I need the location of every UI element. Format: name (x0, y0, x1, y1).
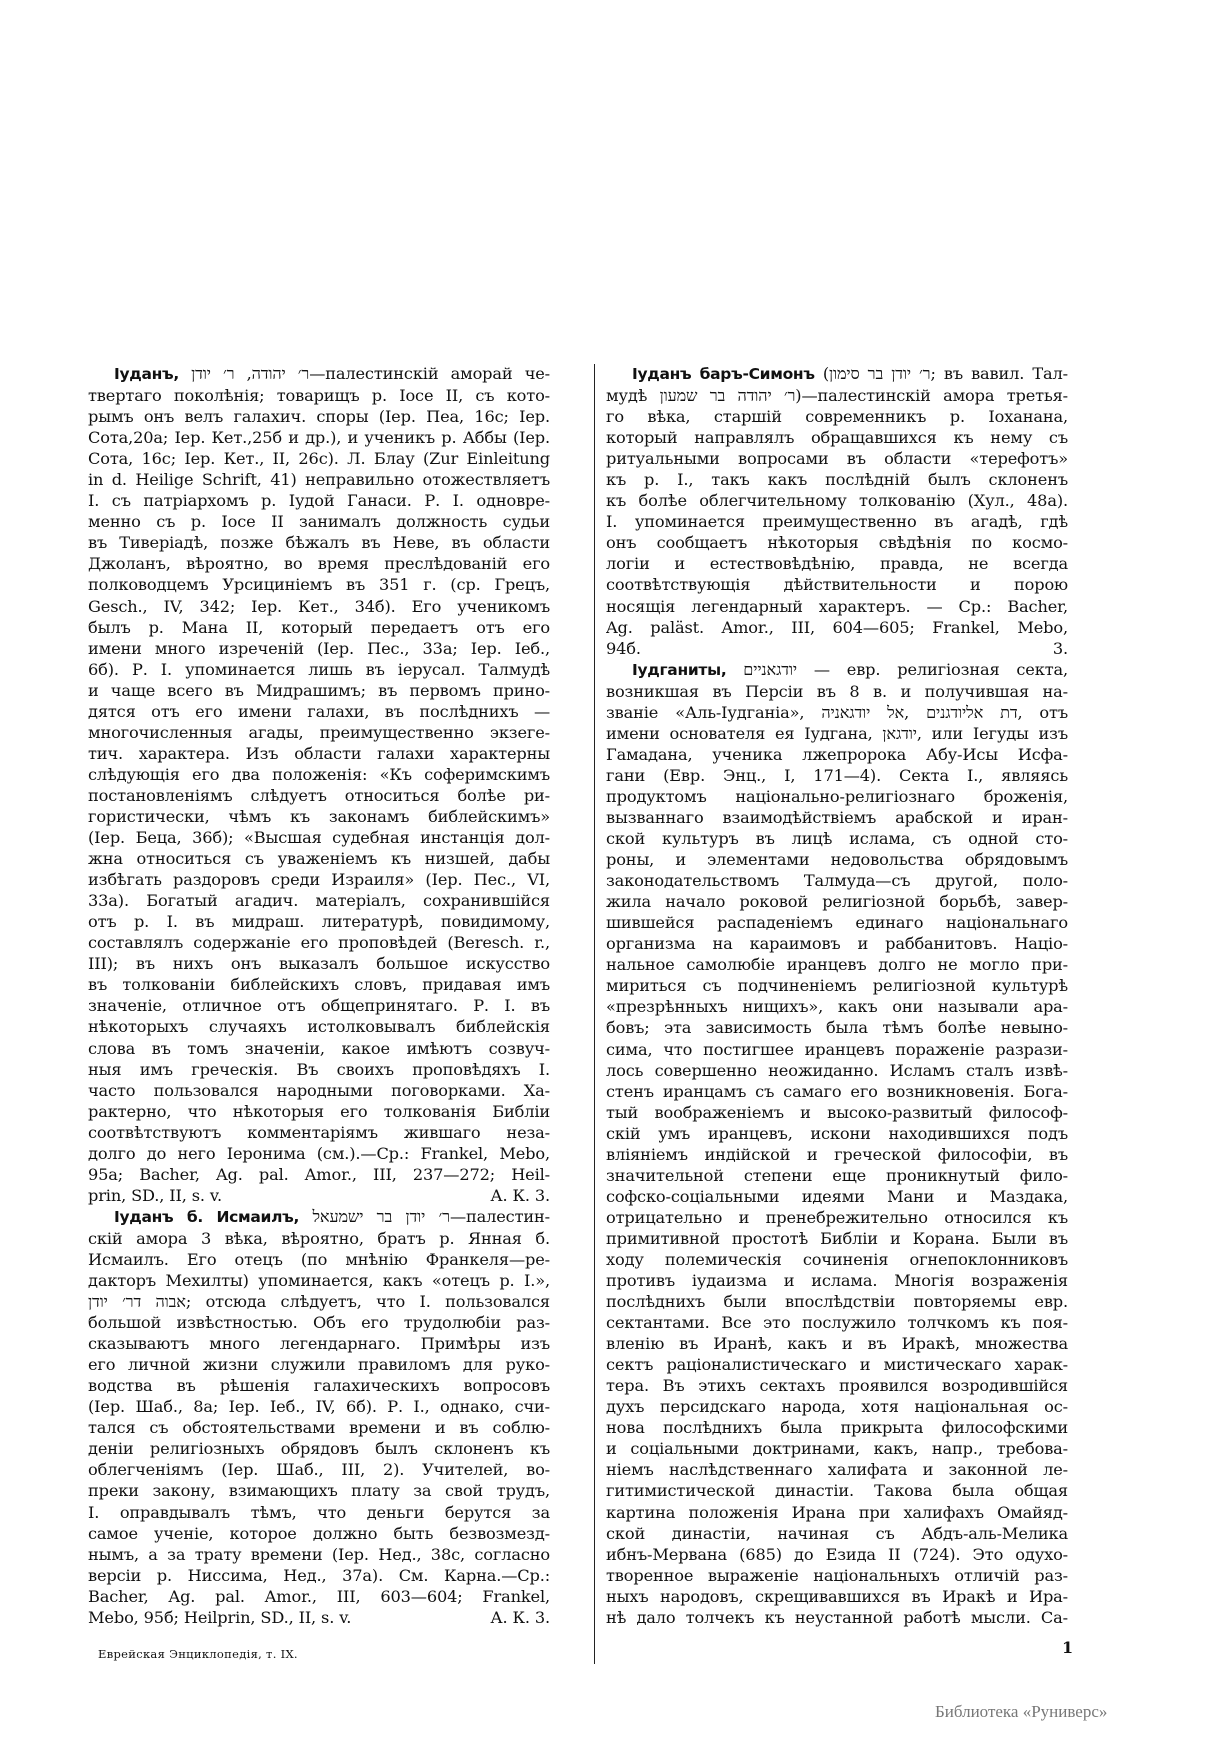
article-headword: Іуданъ баръ-Симонъ (632, 365, 815, 383)
line-text: III); въ нихъ онъ выказалъ большое искус… (88, 954, 550, 973)
line-text: облегченіямъ (Іер. Шаб., III, 2). Учител… (88, 1460, 550, 1479)
text-line: законодательствомъ Талмуда—съ другой, по… (606, 870, 1068, 891)
article-heading-line: Іудганиты, יודגאניים — евр. религіозная … (606, 659, 1068, 681)
text-line: III); въ нихъ онъ выказалъ большое искус… (88, 953, 550, 974)
line-text: ніемъ наслѣдственнаго халифата и законно… (606, 1460, 1068, 1479)
line-text: יודגאניים — евр. религіозная секта, (726, 660, 1068, 679)
line-text: многочисленныя агады, преимущественно эк… (88, 723, 550, 742)
text-line: соотвѣтствующія дѣйствительности и порою (606, 574, 1068, 595)
footer-volume-label: Еврейская Энциклопедія, т. IX. (98, 1647, 298, 1661)
text-line: гористически, чѣмъ къ законамъ библейски… (88, 806, 550, 827)
left-column: Іуданъ, ר׳ יהודה, ר׳ יודן—палестинскій а… (88, 363, 550, 1628)
line-text: дятся отъ его имени галахи, въ послѣдних… (88, 702, 550, 721)
line-text: организма на караимовъ и раббанитовъ. На… (606, 934, 1068, 953)
text-line: продуктомъ національно-религіознаго брож… (606, 786, 1068, 807)
line-text: ר׳ יהודה, ר׳ יודן—палестинскій аморай че… (179, 364, 550, 383)
text-line: І. оправдывалъ тѣмъ, что деньги берутся … (88, 1502, 550, 1523)
text-line: отъ р. І. въ мидраш. литературѣ, повидим… (88, 911, 550, 932)
line-text: гитимистической династіи. Такова была об… (606, 1481, 1068, 1500)
line-text: который направлялъ обращавшихся къ нему … (606, 428, 1068, 447)
line-text: го вѣка, старшій современникъ р. Іоханан… (606, 407, 1068, 426)
line-text: и чаще всего въ Мидрашимъ; въ первомъ пр… (88, 681, 550, 700)
line-text: носящія легендарный характеръ. — Ср.: Ba… (606, 597, 1068, 616)
text-line: (Іер. Шаб., 8а; Іер. Іеб., IV, 6б). Р. І… (88, 1396, 550, 1417)
line-text: Сота, 16с; Іер. Кет., II, 26с). Л. Блау … (88, 449, 550, 468)
text-line: скій умъ иранцевъ, искони находившихся п… (606, 1123, 1068, 1144)
line-text: къ р. І., такъ какъ послѣдній былъ склон… (606, 470, 1068, 489)
line-text: имени основателя ея Іудгана, יודגאן, или… (606, 724, 1068, 743)
text-line: Mebo, 95б; Heilprin, SD., II, s. v.А. К.… (88, 1607, 550, 1628)
text-line: роны, и элементами недовольства обрядовы… (606, 849, 1068, 870)
text-line: облегченіямъ (Іер. Шаб., III, 2). Учител… (88, 1459, 550, 1480)
text-line: стенъ иранцамъ съ самаго его возникновен… (606, 1081, 1068, 1102)
text-line: къ болѣе облегчительному толкованію (Хул… (606, 490, 1068, 511)
line-text: рымъ онъ велъ галахич. споры (Іер. Пеа, … (88, 407, 550, 426)
line-text: ской культуръ въ лицѣ ислама, съ одной с… (606, 829, 1068, 848)
line-text: составлялъ содержаніе его проповѣдей (Be… (88, 933, 550, 952)
text-line: который направлялъ обращавшихся къ нему … (606, 427, 1068, 448)
line-text: постановленіямъ слѣдуетъ относиться болѣ… (88, 786, 550, 805)
text-line: составлялъ содержаніе его проповѣдей (Be… (88, 932, 550, 953)
line-text: слова въ томъ значеніи, какое имѣютъ соз… (88, 1039, 550, 1058)
text-line: гитимистической династіи. Такова была об… (606, 1480, 1068, 1501)
line-text: Сота,20а; Іер. Кет.,25б и др.), и ученик… (88, 428, 550, 447)
line-text: мудѣ ר׳ יהודה בר שמעון)—палестинскій амо… (606, 386, 1068, 405)
text-line: Сота, 16с; Іер. Кет., II, 26с). Л. Блау … (88, 448, 550, 469)
text-line: возникшая въ Персіи въ 8 в. и получившая… (606, 681, 1068, 702)
line-text: сказываютъ много легендарнаго. Примѣры и… (88, 1334, 550, 1353)
line-text: «презрѣнныхъ нищихъ», какъ они называли … (606, 997, 1068, 1016)
text-line: Гамадана, ученика лжепророка Абу-Исы Исф… (606, 744, 1068, 765)
text-line: тера. Въ этихъ сектахъ проявился возроди… (606, 1375, 1068, 1396)
author-signature: 3. (1053, 638, 1068, 659)
text-line: къ р. І., такъ какъ послѣдній былъ склон… (606, 469, 1068, 490)
line-text: І. упоминается преимущественно въ агадѣ,… (606, 512, 1068, 531)
line-text: значеніе, отличное отъ общепринятаго. Р.… (88, 996, 550, 1015)
text-line: ныхъ народовъ, скрещивавшихся въ Иракѣ и… (606, 1586, 1068, 1607)
text-line: самое ученіе, которое должно быть безвоз… (88, 1523, 550, 1544)
line-text: сима, что постигшее иранцевъ пораженіе р… (606, 1040, 1068, 1059)
line-text: 94б. (606, 639, 641, 658)
encyclopedia-page: Іуданъ, ר׳ יהודה, ר׳ יודן—палестинскій а… (0, 0, 1210, 1760)
line-text: ской династіи, начиная съ Абдъ-аль-Мелик… (606, 1524, 1068, 1543)
text-line: имени основателя ея Іудгана, יודגאן, или… (606, 723, 1068, 744)
line-text: преки закону, взимающихъ плату за свой т… (88, 1481, 550, 1500)
text-line: организма на караимовъ и раббанитовъ. На… (606, 933, 1068, 954)
line-text: соотвѣтствуютъ комментаріямъ жившаго нез… (88, 1123, 550, 1142)
text-line: лось совершенно неожиданно. Исламъ сталъ… (606, 1060, 1068, 1081)
line-text: менно съ р. Іосе II занималъ должность с… (88, 512, 550, 531)
text-line: былъ р. Мана II, который передаетъ отъ е… (88, 617, 550, 638)
text-line: жила начало роковой религіозной борьбѣ, … (606, 891, 1068, 912)
line-text: лось совершенно неожиданно. Исламъ сталъ… (606, 1061, 1068, 1080)
line-text: шившейся распаденіемъ единаго національн… (606, 913, 1068, 932)
line-text: возникшая въ Персіи въ 8 в. и получившая… (606, 682, 1068, 701)
text-line: примитивной простотѣ Библіи и Корана. Бы… (606, 1228, 1068, 1249)
text-line: Исмаилъ. Его отецъ (по мнѣнію Франкеля—р… (88, 1249, 550, 1270)
line-text: гани (Евр. Энц., I, 171—4). Секта І., яв… (606, 766, 1068, 785)
text-line: го вѣка, старшій современникъ р. Іоханан… (606, 406, 1068, 427)
text-line: сектъ раціоналистическаго и мистическаго… (606, 1354, 1068, 1375)
text-line: многочисленныя агады, преимущественно эк… (88, 722, 550, 743)
line-text: Bacher, Ag. pal. Amor., III, 603—604; Fr… (88, 1587, 550, 1606)
text-line: постановленіямъ слѣдуетъ относиться болѣ… (88, 785, 550, 806)
line-text: ритуальными вопросами въ области «терефо… (606, 449, 1068, 468)
text-line: ніемъ наслѣдственнаго халифата и законно… (606, 1459, 1068, 1480)
text-line: въ толкованіи библейскихъ словъ, придава… (88, 974, 550, 995)
author-signature: А. К. 3. (490, 1185, 550, 1206)
text-line: софско-соціальными идеями Мани и Маздака… (606, 1186, 1068, 1207)
line-text: стенъ иранцамъ съ самаго его возникновен… (606, 1082, 1068, 1101)
text-line: Gesch., IV, 342; Іер. Кет., 34б). Его уч… (88, 596, 550, 617)
text-line: званіе «Аль-Іудганіа», דת אליודגנים ,אל … (606, 702, 1068, 723)
text-line: сказываютъ много легендарнаго. Примѣры и… (88, 1333, 550, 1354)
line-text: אבוה דר׳ יודן; отсюда слѣдуетъ, что І. п… (88, 1292, 550, 1311)
line-text: духъ персидскаго народа, хотя національн… (606, 1397, 1068, 1416)
text-line: ходу полемическія сочиненія огнепоклонни… (606, 1249, 1068, 1270)
line-text: prin, SD., II, s. v. (88, 1186, 222, 1205)
text-line: и соціальными доктринами, какъ, напр., т… (606, 1438, 1068, 1459)
text-line: часто пользовался народными поговорками.… (88, 1080, 550, 1101)
text-line: нова послѣднихъ была прикрыта философски… (606, 1417, 1068, 1438)
text-line: вызваннаго взаимодѣйствіемъ арабской и и… (606, 807, 1068, 828)
text-line: нѣкоторыхъ случаяхъ истолковывалъ библей… (88, 1016, 550, 1037)
line-text: онъ сообщаетъ нѣкоторыя свѣдѣнія по косм… (606, 533, 1068, 552)
text-line: водства въ рѣшенія галахическихъ вопросо… (88, 1375, 550, 1396)
line-text: твертаго поколѣнія; товарищъ р. Іосе II,… (88, 386, 550, 405)
line-text: Гамадана, ученика лжепророка Абу-Исы Исф… (606, 745, 1068, 764)
line-text: (Іер. Беца, 36б); «Высшая судебная инста… (88, 828, 550, 847)
text-line: жна относиться съ уваженіемъ къ низшей, … (88, 848, 550, 869)
text-line: сима, что постигшее иранцевъ пораженіе р… (606, 1039, 1068, 1060)
article-heading-line: Іуданъ, ר׳ יהודה, ר׳ יודן—палестинскій а… (88, 363, 550, 385)
text-line: шившейся распаденіемъ единаго національн… (606, 912, 1068, 933)
text-line: большой извѣстностью. Объ его трудолюбіи… (88, 1312, 550, 1333)
text-line: сектантами. Все это послужило толчкомъ к… (606, 1312, 1068, 1333)
line-text: долго до него Іеронима (см.).—Ср.: Frank… (88, 1144, 550, 1163)
line-text: былъ р. Мана II, который передаетъ отъ е… (88, 618, 550, 637)
line-text: тался съ обстоятельствами времени и въ с… (88, 1418, 550, 1437)
line-text: ибнъ-Мервана (685) до Езида II (724). Эт… (606, 1545, 1068, 1564)
text-line: отрицательно и пренебрежительно относилс… (606, 1207, 1068, 1228)
text-line: избѣгать раздоровъ среди Израиля» (Іер. … (88, 869, 550, 890)
text-line: менно съ р. Іосе II занималъ должность с… (88, 511, 550, 532)
line-text: 33а). Богатый агадич. матеріалъ, сохрани… (88, 891, 550, 910)
line-text: вленію въ Иранѣ, какъ и въ Иракѣ, множес… (606, 1334, 1068, 1353)
text-line: Сота,20а; Іер. Кет.,25б и др.), и ученик… (88, 427, 550, 448)
text-line: и чаще всего въ Мидрашимъ; въ первомъ пр… (88, 680, 550, 701)
text-line: онъ сообщаетъ нѣкоторыя свѣдѣнія по косм… (606, 532, 1068, 553)
text-line: соотвѣтствуютъ комментаріямъ жившаго нез… (88, 1122, 550, 1143)
text-line: дакторъ Мехилты) упоминается, какъ «отец… (88, 1270, 550, 1291)
line-text: Ag. paläst. Amor., III, 604—605; Frankel… (606, 618, 1068, 637)
text-line: нѣ дало толчекъ къ неустанной работѣ мыс… (606, 1607, 1068, 1628)
text-line: тый воображеніемъ и высоко-развитый фило… (606, 1102, 1068, 1123)
text-line: полководцемъ Урсициніемъ въ 351 г. (ср. … (88, 574, 550, 595)
text-line: «презрѣнныхъ нищихъ», какъ они называли … (606, 996, 1068, 1017)
text-line: слѣдующія его два положенія: «Къ соферим… (88, 764, 550, 785)
line-text: бовъ; эта зависимость была тѣмъ болѣе не… (606, 1018, 1068, 1037)
line-text: картина положенія Ирана при халифахъ Ома… (606, 1503, 1068, 1522)
line-text: тич. характера. Изъ области галахи харак… (88, 744, 550, 763)
text-line: твертаго поколѣнія; товарищъ р. Іосе II,… (88, 385, 550, 406)
line-text: скій амора 3 вѣка, вѣроятно, братъ р. Ян… (88, 1229, 550, 1248)
text-line: бовъ; эта зависимость была тѣмъ болѣе не… (606, 1017, 1068, 1038)
text-line: нальное самолюбіе иранцевъ долго не могл… (606, 954, 1068, 975)
line-text: ныя имъ греческія. Въ своихъ проповѣдяхъ… (88, 1060, 550, 1079)
line-text: вызваннаго взаимодѣйствіемъ арабской и и… (606, 808, 1068, 827)
text-line: гани (Евр. Энц., I, 171—4). Секта І., яв… (606, 765, 1068, 786)
text-line: логіи и естествовѣдѣнію, правда, не всег… (606, 553, 1068, 574)
line-text: ныхъ народовъ, скрещивавшихся въ Иракѣ и… (606, 1587, 1068, 1606)
text-line: ибнъ-Мервана (685) до Езида II (724). Эт… (606, 1544, 1068, 1565)
text-line: Джоланъ, вѣроятно, во время преслѣдовані… (88, 553, 550, 574)
text-line: противъ іудаизма и ислама. Многія возраж… (606, 1270, 1068, 1291)
line-text: творенное выраженіе національныхъ отличі… (606, 1566, 1068, 1585)
line-text: тера. Въ этихъ сектахъ проявился возроди… (606, 1376, 1068, 1395)
text-line: рымъ онъ велъ галахич. споры (Іер. Пеа, … (88, 406, 550, 427)
text-line: версіи р. Ниссима, Нед., 37а). См. Карна… (88, 1565, 550, 1586)
line-text: мириться съ подчиненіемъ религіозной кул… (606, 976, 1068, 995)
text-line: имени много изреченій (Іер. Пес., 33а; І… (88, 638, 550, 659)
line-text: большой извѣстностью. Объ его трудолюбіи… (88, 1313, 550, 1332)
line-text: и соціальными доктринами, какъ, напр., т… (606, 1439, 1068, 1458)
line-text: слѣдующія его два положенія: «Къ соферим… (88, 765, 550, 784)
line-text: къ болѣе облегчительному толкованію (Хул… (606, 491, 1068, 510)
line-text: нымъ, а за трату времени (Іер. Нед., 38с… (88, 1545, 550, 1564)
line-text: скій умъ иранцевъ, искони находившихся п… (606, 1124, 1068, 1143)
line-text: версіи р. Ниссима, Нед., 37а). См. Карна… (88, 1566, 550, 1585)
line-text: полководцемъ Урсициніемъ въ 351 г. (ср. … (88, 575, 550, 594)
text-line: картина положенія Ирана при халифахъ Ома… (606, 1502, 1068, 1523)
line-text: вліяніемъ индійской и греческой философі… (606, 1145, 1068, 1164)
article-headword: Іудганиты, (632, 661, 726, 679)
line-text: отъ р. І. въ мидраш. литературѣ, повидим… (88, 912, 550, 931)
line-text: Mebo, 95б; Heilprin, SD., II, s. v. (88, 1608, 351, 1627)
line-text: рактерно, что нѣкоторыя его толкованія Б… (88, 1102, 550, 1121)
text-line: рактерно, что нѣкоторыя его толкованія Б… (88, 1101, 550, 1122)
line-text: Джоланъ, вѣроятно, во время преслѣдовані… (88, 554, 550, 573)
line-text: Исмаилъ. Его отецъ (по мнѣнію Франкеля—р… (88, 1250, 550, 1269)
text-line: (Іер. Беца, 36б); «Высшая судебная инста… (88, 827, 550, 848)
text-line: дятся отъ его имени галахи, въ послѣдних… (88, 701, 550, 722)
line-text: его личной жизни служили правиломъ для р… (88, 1355, 550, 1374)
line-text: отрицательно и пренебрежительно относилс… (606, 1208, 1068, 1227)
line-text: жила начало роковой религіозной борьбѣ, … (606, 892, 1068, 911)
line-text: соотвѣтствующія дѣйствительности и порою (606, 575, 1068, 594)
line-text: (ר׳ יודן בר סימון; въ вавил. Тал- (815, 364, 1068, 383)
line-text: (Іер. Шаб., 8а; Іер. Іеб., IV, 6б). Р. І… (88, 1397, 550, 1416)
text-line: его личной жизни служили правиломъ для р… (88, 1354, 550, 1375)
line-text: нѣ дало толчекъ къ неустанной работѣ мыс… (606, 1608, 1068, 1627)
text-line: творенное выраженіе національныхъ отличі… (606, 1565, 1068, 1586)
page-number: 1 (1062, 1638, 1073, 1657)
text-line: 33а). Богатый агадич. матеріалъ, сохрани… (88, 890, 550, 911)
text-line: послѣднихъ были впослѣдствіи повторяемы … (606, 1291, 1068, 1312)
line-text: сектъ раціоналистическаго и мистическаго… (606, 1355, 1068, 1374)
text-line: ской культуръ въ лицѣ ислама, съ одной с… (606, 828, 1068, 849)
line-text: жна относиться съ уваженіемъ къ низшей, … (88, 849, 550, 868)
line-text: роны, и элементами недовольства обрядовы… (606, 850, 1068, 869)
line-text: званіе «Аль-Іудганіа», דת אליודגנים ,אל … (606, 703, 1068, 722)
text-line: значеніе, отличное отъ общепринятаго. Р.… (88, 995, 550, 1016)
line-text: І. оправдывалъ тѣмъ, что деньги берутся … (88, 1503, 550, 1522)
text-line: ской династіи, начиная съ Абдъ-аль-Мелик… (606, 1523, 1068, 1544)
line-text: нѣкоторыхъ случаяхъ истолковывалъ библей… (88, 1017, 550, 1036)
line-text: значительной степени еще проникнутый фил… (606, 1166, 1068, 1185)
text-line: мудѣ ר׳ יהודה בר שמעון)—палестинскій амо… (606, 385, 1068, 406)
text-line: тался съ обстоятельствами времени и въ с… (88, 1417, 550, 1438)
text-line: деніи религіозныхъ обрядовъ былъ склонен… (88, 1438, 550, 1459)
line-text: сектантами. Все это послужило толчкомъ к… (606, 1313, 1068, 1332)
line-text: противъ іудаизма и ислама. Многія возраж… (606, 1271, 1068, 1290)
text-line: слова въ томъ значеніи, какое имѣютъ соз… (88, 1038, 550, 1059)
column-divider (594, 364, 595, 1664)
text-line: значительной степени еще проникнутый фил… (606, 1165, 1068, 1186)
text-line: ныя имъ греческія. Въ своихъ проповѣдяхъ… (88, 1059, 550, 1080)
text-line: 94б.3. (606, 638, 1068, 659)
line-text: ходу полемическія сочиненія огнепоклонни… (606, 1250, 1068, 1269)
line-text: самое ученіе, которое должно быть безвоз… (88, 1524, 550, 1543)
text-line: Bacher, Ag. pal. Amor., III, 603—604; Fr… (88, 1586, 550, 1607)
author-signature: А. К. 3. (490, 1607, 550, 1628)
library-watermark: Библиотека «Руниверс» (935, 1702, 1107, 1722)
line-text: водства въ рѣшенія галахическихъ вопросо… (88, 1376, 550, 1395)
text-line: нымъ, а за трату времени (Іер. Нед., 38с… (88, 1544, 550, 1565)
text-line: Ag. paläst. Amor., III, 604—605; Frankel… (606, 617, 1068, 638)
line-text: послѣднихъ были впослѣдствіи повторяемы … (606, 1292, 1068, 1311)
text-line: 95а; Bacher, Ag. pal. Amor., III, 237—27… (88, 1164, 550, 1185)
line-text: 95а; Bacher, Ag. pal. Amor., III, 237—27… (88, 1165, 550, 1184)
line-text: въ толкованіи библейскихъ словъ, придава… (88, 975, 550, 994)
article-heading-line: Іуданъ б. Исмаилъ, ר׳ יודן בר ישמעאל—пал… (88, 1206, 550, 1228)
text-line: вленію въ Иранѣ, какъ и въ Иракѣ, множес… (606, 1333, 1068, 1354)
line-text: имени много изреченій (Іер. Пес., 33а; І… (88, 639, 550, 658)
line-text: in d. Heilige Schrift, 41) неправильно о… (88, 470, 550, 489)
line-text: нальное самолюбіе иранцевъ долго не могл… (606, 955, 1068, 974)
text-line: мириться съ подчиненіемъ религіозной кул… (606, 975, 1068, 996)
line-text: деніи религіозныхъ обрядовъ былъ склонен… (88, 1439, 550, 1458)
article-headword: Іуданъ б. Исмаилъ, (114, 1208, 299, 1226)
text-line: вліяніемъ индійской и греческой философі… (606, 1144, 1068, 1165)
line-text: продуктомъ національно-религіознаго брож… (606, 787, 1068, 806)
line-text: 6б). Р. І. упоминается лишь въ іерусал. … (88, 660, 550, 679)
text-line: носящія легендарный характеръ. — Ср.: Ba… (606, 596, 1068, 617)
line-text: дакторъ Мехилты) упоминается, какъ «отец… (88, 1271, 550, 1290)
line-text: избѣгать раздоровъ среди Израиля» (Іер. … (88, 870, 550, 889)
right-column: Іуданъ баръ-Симонъ (ר׳ יודן בר סימון; въ… (606, 363, 1068, 1628)
text-line: in d. Heilige Schrift, 41) неправильно о… (88, 469, 550, 490)
line-text: І. съ патріархомъ р. Іудой Ганаси. Р. І.… (88, 491, 550, 510)
text-line: prin, SD., II, s. v.А. К. 3. (88, 1185, 550, 1206)
line-text: часто пользовался народными поговорками.… (88, 1081, 550, 1100)
line-text: тый воображеніемъ и высоко-развитый фило… (606, 1103, 1068, 1122)
line-text: въ Тиверіадѣ, позже бѣжалъ въ Неве, въ о… (88, 533, 550, 552)
text-line: І. упоминается преимущественно въ агадѣ,… (606, 511, 1068, 532)
text-line: тич. характера. Изъ области галахи харак… (88, 743, 550, 764)
text-line: אבוה דר׳ יודן; отсюда слѣдуетъ, что І. п… (88, 1291, 550, 1312)
line-text: примитивной простотѣ Библіи и Корана. Бы… (606, 1229, 1068, 1248)
text-line: въ Тиверіадѣ, позже бѣжалъ въ Неве, въ о… (88, 532, 550, 553)
line-text: нова послѣднихъ была прикрыта философски… (606, 1418, 1068, 1437)
text-line: ритуальными вопросами въ области «терефо… (606, 448, 1068, 469)
text-line: долго до него Іеронима (см.).—Ср.: Frank… (88, 1143, 550, 1164)
article-heading-line: Іуданъ баръ-Симонъ (ר׳ יודן בר סימון; въ… (606, 363, 1068, 385)
text-line: 6б). Р. І. упоминается лишь въ іерусал. … (88, 659, 550, 680)
line-text: ר׳ יודן בר ישמעאל—палестин- (299, 1207, 550, 1226)
text-line: І. съ патріархомъ р. Іудой Ганаси. Р. І.… (88, 490, 550, 511)
line-text: Gesch., IV, 342; Іер. Кет., 34б). Его уч… (88, 597, 550, 616)
line-text: гористически, чѣмъ къ законамъ библейски… (88, 807, 550, 826)
line-text: логіи и естествовѣдѣнію, правда, не всег… (606, 554, 1068, 573)
article-headword: Іуданъ, (114, 365, 179, 383)
text-line: скій амора 3 вѣка, вѣроятно, братъ р. Ян… (88, 1228, 550, 1249)
text-line: преки закону, взимающихъ плату за свой т… (88, 1480, 550, 1501)
line-text: софско-соціальными идеями Мани и Маздака… (606, 1187, 1068, 1206)
line-text: законодательствомъ Талмуда—съ другой, по… (606, 871, 1068, 890)
text-line: духъ персидскаго народа, хотя національн… (606, 1396, 1068, 1417)
